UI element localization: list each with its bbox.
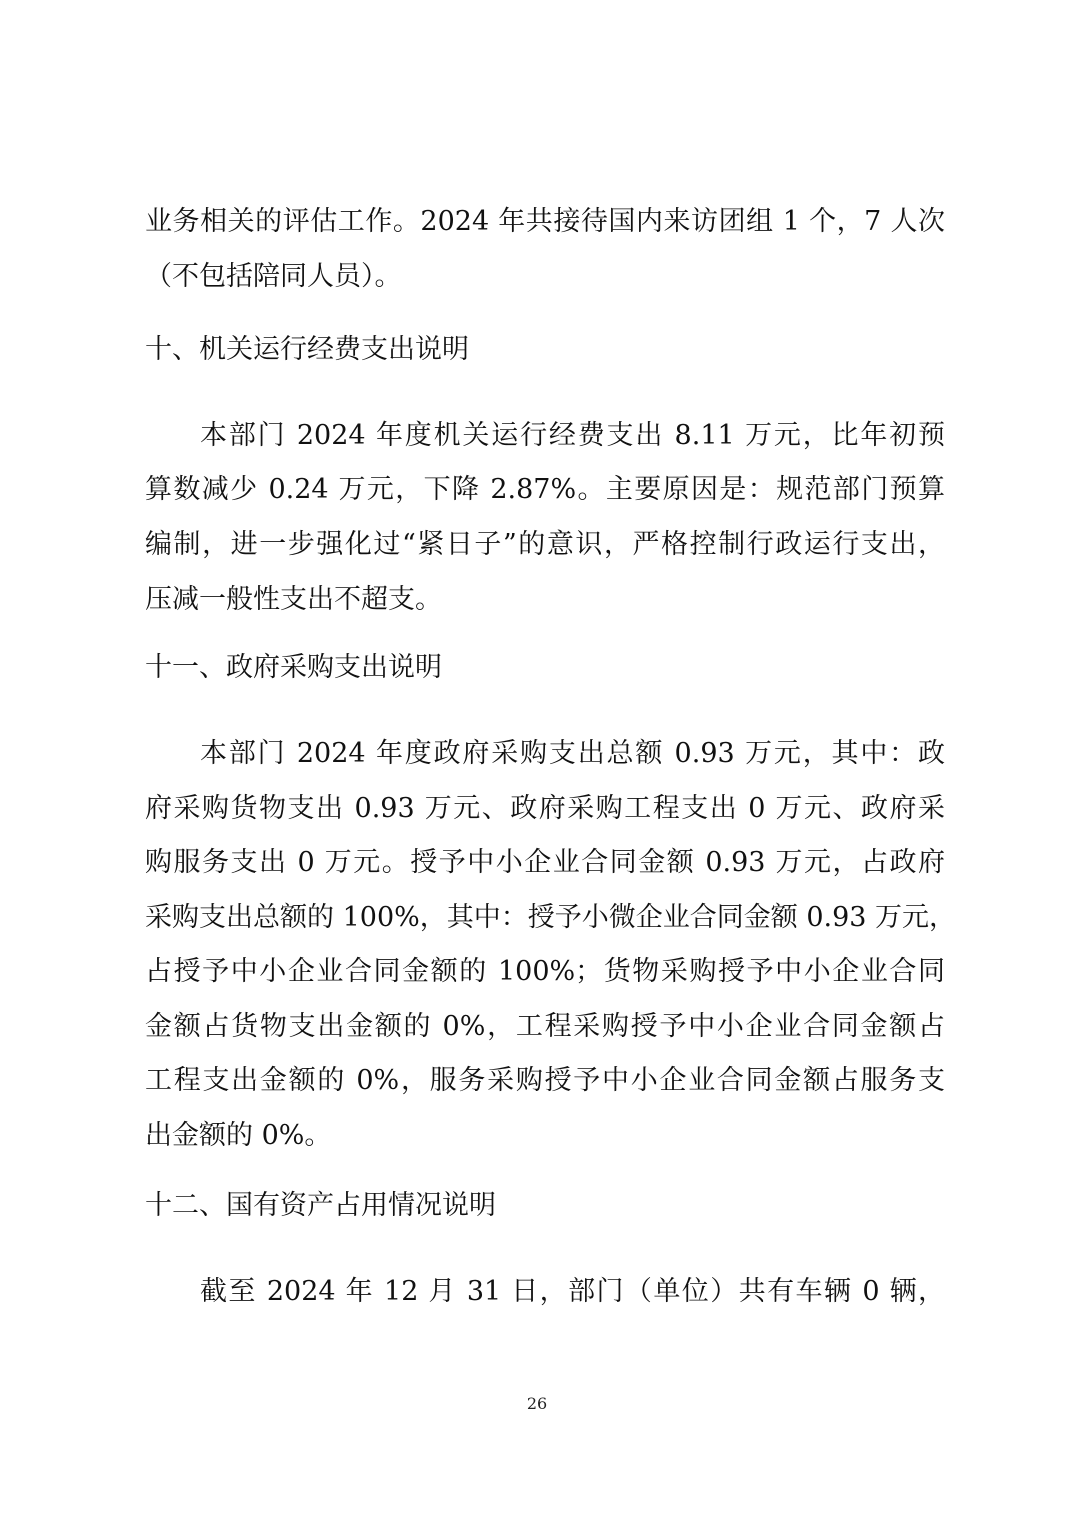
- section-heading-operating-expenses: 十、机关运行经费支出说明: [145, 330, 945, 370]
- paragraph-line: 本部门 2024 年度政府采购支出总额 0.93 万元，其中：政: [200, 734, 945, 774]
- section-heading-government-procurement: 十一、政府采购支出说明: [145, 648, 945, 688]
- paragraph-line: 业务相关的评估工作。2024 年共接待国内来访团组 1 个，7 人次: [145, 202, 945, 242]
- paragraph-line: （不包括陪同人员）。: [145, 257, 945, 297]
- paragraph-line: 购服务支出 0 万元。授予中小企业合同金额 0.93 万元，占政府: [145, 843, 945, 883]
- paragraph-line: 压减一般性支出不超支。: [145, 580, 945, 620]
- paragraph-line: 府采购货物支出 0.93 万元、政府采购工程支出 0 万元、政府采: [145, 789, 945, 829]
- document-page: 业务相关的评估工作。2024 年共接待国内来访团组 1 个，7 人次 （不包括陪…: [0, 0, 1074, 1520]
- paragraph-line: 本部门 2024 年度机关运行经费支出 8.11 万元，比年初预: [200, 416, 945, 456]
- paragraph-line: 工程支出金额的 0%，服务采购授予中小企业合同金额占服务支: [145, 1061, 945, 1101]
- paragraph-line: 截至 2024 年 12 月 31 日，部门（单位）共有车辆 0 辆，: [200, 1272, 945, 1312]
- section-heading-state-assets: 十二、国有资产占用情况说明: [145, 1186, 945, 1226]
- paragraph-line: 采购支出总额的 100%，其中：授予小微企业合同金额 0.93 万元，: [145, 898, 945, 938]
- paragraph-line: 占授予中小企业合同金额的 100%；货物采购授予中小企业合同: [145, 952, 945, 992]
- page-number: 26: [0, 1394, 1074, 1414]
- paragraph-line: 算数减少 0.24 万元，下降 2.87%。主要原因是：规范部门预算: [145, 470, 945, 510]
- paragraph-line: 金额占货物支出金额的 0%，工程采购授予中小企业合同金额占: [145, 1007, 945, 1047]
- paragraph-line: 出金额的 0%。: [145, 1116, 945, 1156]
- paragraph-line: 编制，进一步强化过“紧日子”的意识，严格控制行政运行支出，: [145, 525, 945, 565]
